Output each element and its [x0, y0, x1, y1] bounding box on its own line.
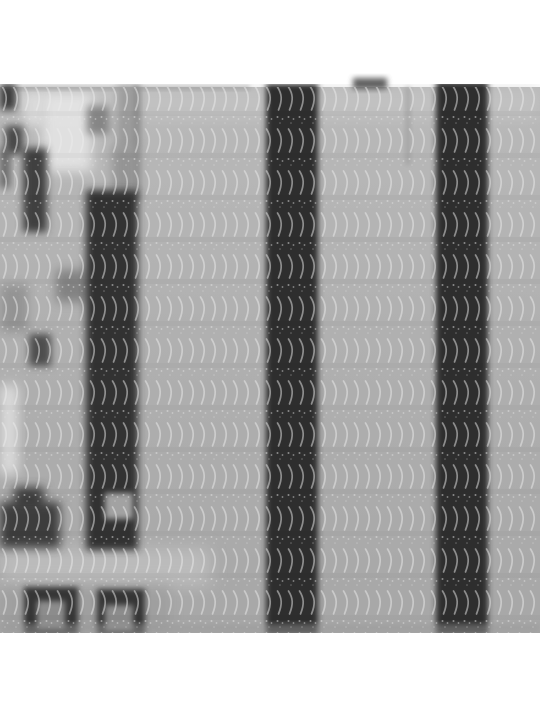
photo-stage: [0, 0, 540, 720]
knit-texture-overlay: [0, 87, 540, 633]
fabric-macro-photo: [0, 0, 540, 720]
